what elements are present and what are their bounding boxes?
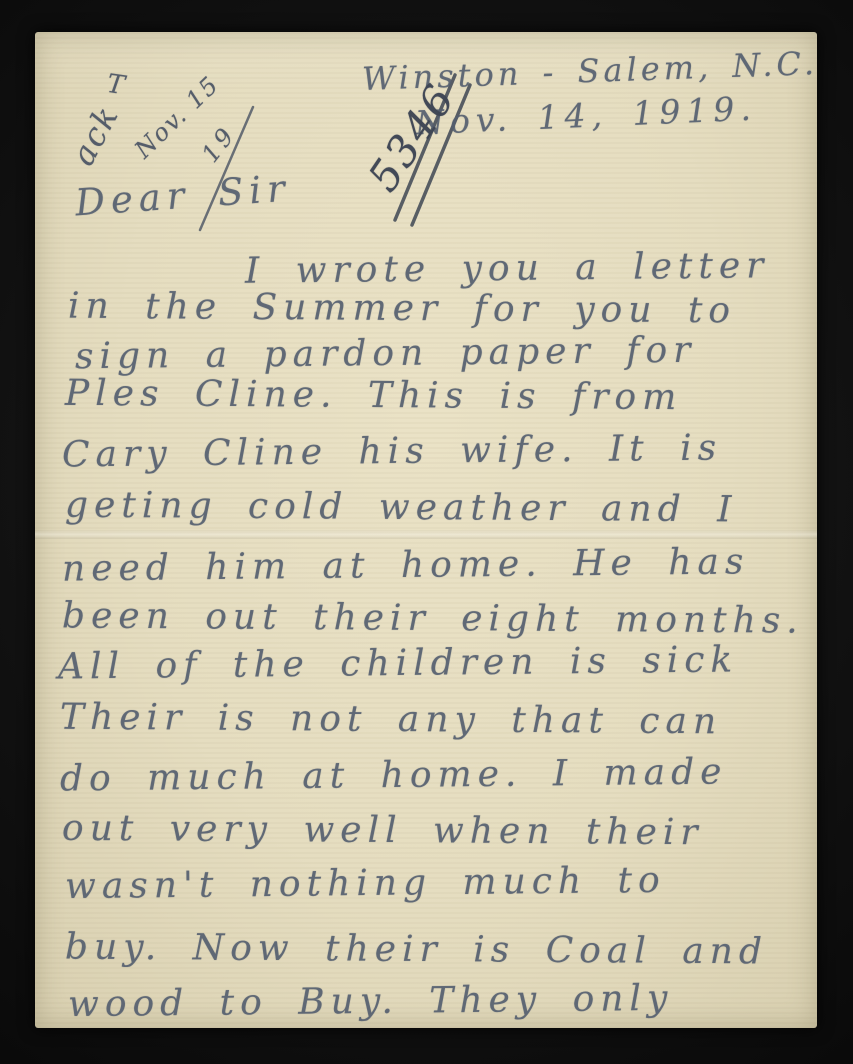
salutation: Dear Sir	[74, 167, 292, 225]
body-line-6: geting cold weather and I	[65, 482, 738, 535]
body-line-7: need him at home. He has	[62, 538, 750, 593]
body-line-10: Their is not any that can	[60, 694, 722, 747]
tick-mark-annotation: T	[105, 69, 126, 101]
ack-year-annotation: 19	[196, 120, 242, 168]
body-line-13: wasn't nothing much to	[65, 857, 666, 911]
body-line-5: Cary Cline his wife. It is	[62, 425, 723, 480]
letter-page: Winston - Salem, N.C. Nov. 14, 1919. 534…	[35, 32, 817, 1028]
ack-annotation: ack	[64, 99, 127, 172]
body-line-14: buy. Now their is Coal and	[65, 924, 768, 977]
body-line-9: All of the children is sick	[58, 636, 739, 691]
body-line-15: wood to Buy. They only	[68, 975, 674, 1029]
date-line: Nov. 14, 1919.	[414, 89, 757, 143]
body-line-4: Ples Cline. This is from	[65, 370, 683, 422]
body-line-12: out very well when their	[62, 805, 704, 857]
scanned-letter-photo: Winston - Salem, N.C. Nov. 14, 1919. 534…	[0, 0, 853, 1064]
body-line-11: do much at home. I made	[60, 749, 728, 804]
